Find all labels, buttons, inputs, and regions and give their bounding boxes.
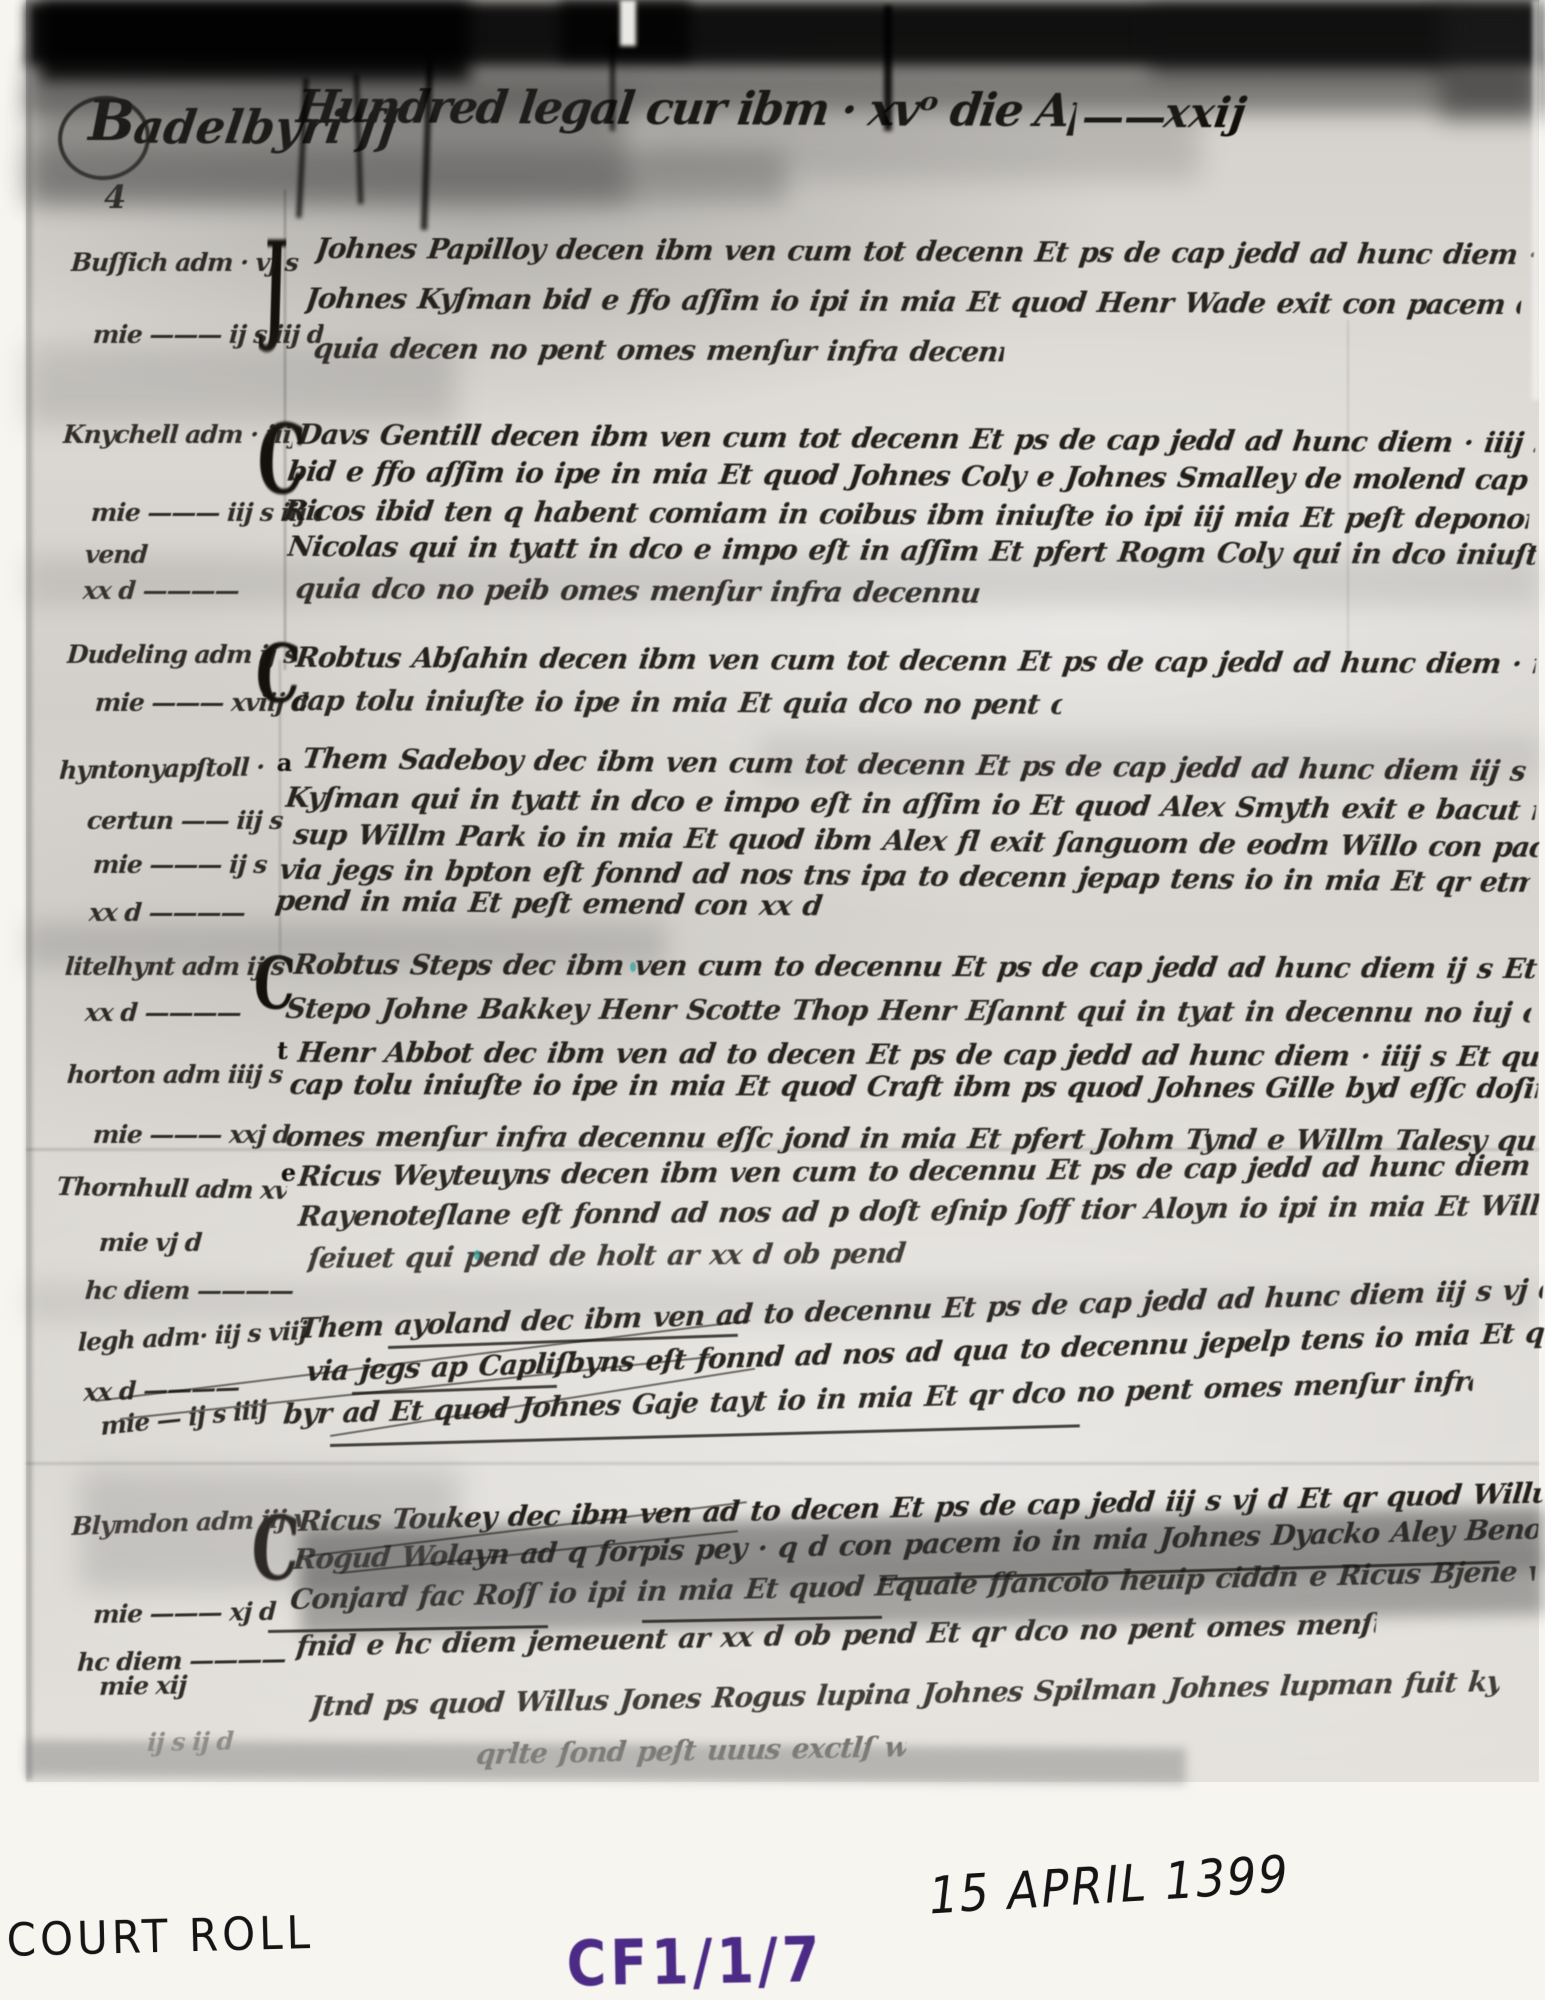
ink-speck: [474, 1250, 480, 1260]
margin-note: hc diem ————: [84, 1276, 316, 1310]
margin-note: xx d ————: [82, 576, 314, 610]
header-title: Hundred legal cur ibm · xvᵒ die April an…: [293, 80, 1079, 137]
manuscript-line: qrlte ſond peſt uuus exctlſ w yr in m: [474, 1730, 908, 1778]
margin-note: horton adm iiij s: [66, 1060, 298, 1094]
ink-speck: [630, 962, 636, 972]
margin-note: Dudeling adm ij s: [66, 640, 298, 674]
margin-note: mie ——— ij s iij d: [92, 320, 324, 354]
manuscript-line: Johnes Kyſman bid e ffo aſſim io ipi in …: [303, 282, 1523, 328]
folio-mark: 4: [104, 178, 126, 216]
margin-note: vend: [84, 540, 316, 574]
margin-note: Buſſich adm · vj s: [70, 248, 302, 282]
manuscript-line: Robtus Steps dec ibm ven cum to decennu …: [291, 948, 1541, 992]
margin-note: mie xij: [98, 1668, 330, 1706]
manuscript-line: ſeiuet qui pend de holt ar xx d ob pend …: [305, 1237, 910, 1282]
manuscript-line: Johnes Papilloy decen ibm ven cum tot de…: [313, 232, 1536, 278]
manuscript-line: quia decen no pent omes menſur infra dec…: [311, 332, 1006, 376]
caption-reference: CF1/1/7: [566, 1924, 824, 2000]
manuscript-line: cap tolu iniuſte io ipe in mia Et quia d…: [289, 684, 1064, 728]
manuscript-line: quia dco no peib omes menſur infra decen…: [293, 572, 988, 617]
photograph: B adelbyri ſſ Hundred legal cur ibm · xv…: [0, 0, 1545, 2000]
margin-note: xx d ————: [84, 998, 316, 1032]
caption-date: 15 APRIL 1399: [925, 1844, 1292, 1926]
margin-note: litelhynt adm ij s: [64, 952, 296, 986]
header-dash: ——: [1082, 92, 1166, 141]
margin-note: Knychell adm · iiij s: [62, 420, 294, 454]
manuscript-line: cap tolu iniuſte io ipe in mia Et quod C…: [287, 1068, 1540, 1112]
caption-court-roll: COURT ROLL: [6, 1906, 315, 1967]
manuscript-line: Stepo Johne Bakkey Henr Scotte Thop Henr…: [283, 992, 1533, 1036]
margin-note: ij s ij d: [146, 1724, 378, 1762]
margin-note: hyntonyapſtoll ·: [58, 752, 290, 790]
header-initial: B: [88, 88, 135, 154]
margin-note: Thornhull adm xviij d: [55, 1172, 288, 1210]
manuscript-line: Robtus Abſahin decen ibm ven cum tot dec…: [293, 641, 1538, 687]
header-roll-number: xxij: [1161, 88, 1249, 137]
